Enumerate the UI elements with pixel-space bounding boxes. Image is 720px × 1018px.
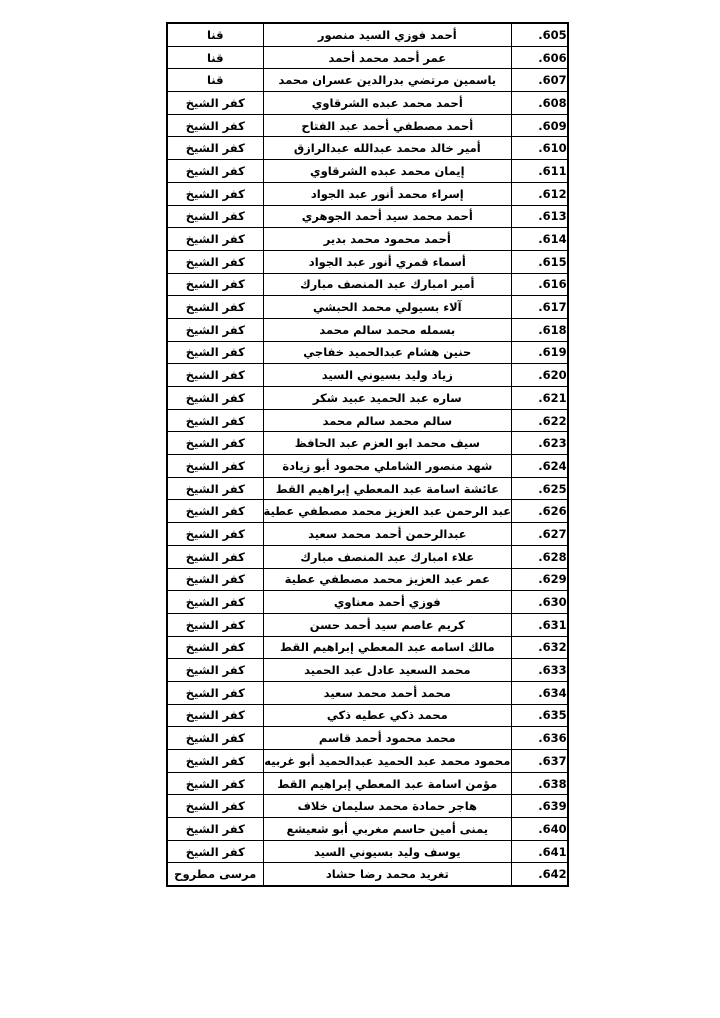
serial-number-cell: .613 bbox=[512, 205, 568, 228]
table-row: .615 أسماء قمري أنور عبد الجواد كفر الشي… bbox=[167, 250, 568, 273]
serial-number-cell: .617 bbox=[512, 296, 568, 319]
table-row: .614 أحمد محمود محمد بدير كفر الشيخ bbox=[167, 228, 568, 251]
table-row: .632 مالك اسامه عبد المعطي إبراهيم القط … bbox=[167, 636, 568, 659]
table-row: .638 مؤمن اسامة عبد المعطي إبراهيم القط … bbox=[167, 772, 568, 795]
serial-number-cell: .619 bbox=[512, 341, 568, 364]
serial-number-cell: .609 bbox=[512, 114, 568, 137]
governorate-cell: كفر الشيخ bbox=[167, 795, 263, 818]
table-row: .625 عائشة اسامة عبد المعطي إبراهيم القط… bbox=[167, 477, 568, 500]
serial-number-cell: .620 bbox=[512, 364, 568, 387]
person-name-cell: عمر أحمد محمد أحمد bbox=[263, 46, 512, 69]
governorate-cell: كفر الشيخ bbox=[167, 545, 263, 568]
serial-number-cell: .634 bbox=[512, 681, 568, 704]
serial-number-cell: .625 bbox=[512, 477, 568, 500]
person-name-cell: عبدالرحمن أحمد محمد سعيد bbox=[263, 523, 512, 546]
governorate-cell: كفر الشيخ bbox=[167, 500, 263, 523]
serial-number-cell: .628 bbox=[512, 545, 568, 568]
table-row: .605 أحمد فوزي السيد منصور قنا bbox=[167, 23, 568, 46]
governorate-cell: كفر الشيخ bbox=[167, 160, 263, 183]
serial-number-cell: .642 bbox=[512, 863, 568, 886]
person-name-cell: أحمد محمود محمد بدير bbox=[263, 228, 512, 251]
governorate-cell: كفر الشيخ bbox=[167, 318, 263, 341]
table-row: .613 أحمد محمد سيد أحمد الجوهري كفر الشي… bbox=[167, 205, 568, 228]
table-row: .631 كريم عاصم سيد أحمد حسن كفر الشيخ bbox=[167, 613, 568, 636]
governorate-cell: كفر الشيخ bbox=[167, 727, 263, 750]
serial-number-cell: .640 bbox=[512, 818, 568, 841]
person-name-cell: أحمد محمد سيد أحمد الجوهري bbox=[263, 205, 512, 228]
person-name-cell: هاجر حمادة محمد سليمان خلاف bbox=[263, 795, 512, 818]
person-name-cell: مالك اسامه عبد المعطي إبراهيم القط bbox=[263, 636, 512, 659]
serial-number-cell: .639 bbox=[512, 795, 568, 818]
person-name-cell: يوسف وليد بسيوني السيد bbox=[263, 840, 512, 863]
table-row: .609 أحمد مصطفي أحمد عبد الفتاح كفر الشي… bbox=[167, 114, 568, 137]
table-row: .611 إيمان محمد عبده الشرقاوي كفر الشيخ bbox=[167, 160, 568, 183]
governorate-cell: كفر الشيخ bbox=[167, 704, 263, 727]
table-row: .621 ساره عبد الحميد عبيد شكر كفر الشيخ bbox=[167, 387, 568, 410]
person-name-cell: ياسمين مرتضي بدرالدين عسران محمد bbox=[263, 69, 512, 92]
governorate-cell: كفر الشيخ bbox=[167, 296, 263, 319]
serial-number-cell: .633 bbox=[512, 659, 568, 682]
person-name-cell: سيف محمد ابو العزم عبد الحافظ bbox=[263, 432, 512, 455]
table-row: .606 عمر أحمد محمد أحمد قنا bbox=[167, 46, 568, 69]
governorate-cell: كفر الشيخ bbox=[167, 432, 263, 455]
serial-number-cell: .616 bbox=[512, 273, 568, 296]
governorate-cell: كفر الشيخ bbox=[167, 568, 263, 591]
person-name-cell: إسراء محمد أنور عبد الجواد bbox=[263, 182, 512, 205]
governorate-cell: كفر الشيخ bbox=[167, 137, 263, 160]
governorate-cell: كفر الشيخ bbox=[167, 341, 263, 364]
serial-number-cell: .638 bbox=[512, 772, 568, 795]
person-name-cell: حنين هشام عبدالحميد خفاجي bbox=[263, 341, 512, 364]
governorate-cell: كفر الشيخ bbox=[167, 205, 263, 228]
serial-number-cell: .641 bbox=[512, 840, 568, 863]
table-row: .640 يمنى أمين حاسم مغربي أبو شعيشع كفر … bbox=[167, 818, 568, 841]
serial-number-cell: .629 bbox=[512, 568, 568, 591]
serial-number-cell: .621 bbox=[512, 387, 568, 410]
serial-number-cell: .624 bbox=[512, 455, 568, 478]
serial-number-cell: .615 bbox=[512, 250, 568, 273]
table-row: .634 محمد أحمد محمد سعيد كفر الشيخ bbox=[167, 681, 568, 704]
person-name-cell: محمود محمد عبد الحميد عبدالحميد أبو غربي… bbox=[263, 750, 512, 773]
serial-number-cell: .608 bbox=[512, 92, 568, 115]
person-name-cell: سالم محمد سالم محمد bbox=[263, 409, 512, 432]
governorate-cell: كفر الشيخ bbox=[167, 772, 263, 795]
document-page: .605 أحمد فوزي السيد منصور قنا .606 عمر … bbox=[0, 0, 720, 1018]
serial-number-cell: .637 bbox=[512, 750, 568, 773]
governorate-cell: مرسى مطروح bbox=[167, 863, 263, 886]
person-name-cell: أحمد مصطفي أحمد عبد الفتاح bbox=[263, 114, 512, 137]
serial-number-cell: .623 bbox=[512, 432, 568, 455]
serial-number-cell: .610 bbox=[512, 137, 568, 160]
table-row: .617 آلاء بسيولي محمد الحبشي كفر الشيخ bbox=[167, 296, 568, 319]
governorate-cell: كفر الشيخ bbox=[167, 840, 263, 863]
serial-number-cell: .618 bbox=[512, 318, 568, 341]
governorate-cell: كفر الشيخ bbox=[167, 636, 263, 659]
serial-number-cell: .612 bbox=[512, 182, 568, 205]
person-name-cell: كريم عاصم سيد أحمد حسن bbox=[263, 613, 512, 636]
serial-number-cell: .611 bbox=[512, 160, 568, 183]
person-name-cell: محمد أحمد محمد سعيد bbox=[263, 681, 512, 704]
table-row: .633 محمد السعيد عادل عبد الحميد كفر الش… bbox=[167, 659, 568, 682]
serial-number-cell: .632 bbox=[512, 636, 568, 659]
governorate-cell: كفر الشيخ bbox=[167, 387, 263, 410]
table-row: .642 تغريد محمد رضا حشاد مرسى مطروح bbox=[167, 863, 568, 886]
person-name-cell: أحمد محمد عبده الشرقاوي bbox=[263, 92, 512, 115]
serial-number-cell: .607 bbox=[512, 69, 568, 92]
governorate-cell: كفر الشيخ bbox=[167, 818, 263, 841]
table-row: .627 عبدالرحمن أحمد محمد سعيد كفر الشيخ bbox=[167, 523, 568, 546]
serial-number-cell: .630 bbox=[512, 591, 568, 614]
serial-number-cell: .626 bbox=[512, 500, 568, 523]
table-row: .610 أمير خالد محمد عبدالله عبدالرازق كف… bbox=[167, 137, 568, 160]
table-row: .618 بسمله محمد سالم محمد كفر الشيخ bbox=[167, 318, 568, 341]
serial-number-cell: .614 bbox=[512, 228, 568, 251]
table-row: .639 هاجر حمادة محمد سليمان خلاف كفر الش… bbox=[167, 795, 568, 818]
table-row: .626 عبد الرحمن عبد العزيز محمد مصطفي عط… bbox=[167, 500, 568, 523]
governorate-cell: كفر الشيخ bbox=[167, 659, 263, 682]
person-name-cell: محمد السعيد عادل عبد الحميد bbox=[263, 659, 512, 682]
serial-number-cell: .631 bbox=[512, 613, 568, 636]
person-name-cell: يمنى أمين حاسم مغربي أبو شعيشع bbox=[263, 818, 512, 841]
governorate-cell: كفر الشيخ bbox=[167, 523, 263, 546]
table-row: .630 فوزي أحمد معناوي كفر الشيخ bbox=[167, 591, 568, 614]
governorate-cell: كفر الشيخ bbox=[167, 477, 263, 500]
governorate-cell: قنا bbox=[167, 46, 263, 69]
governorate-cell: قنا bbox=[167, 69, 263, 92]
governorate-cell: كفر الشيخ bbox=[167, 182, 263, 205]
governorate-cell: كفر الشيخ bbox=[167, 92, 263, 115]
serial-number-cell: .635 bbox=[512, 704, 568, 727]
governorate-cell: كفر الشيخ bbox=[167, 364, 263, 387]
table-row: .624 شهد منصور الشاملي محمود أبو زيادة ك… bbox=[167, 455, 568, 478]
governorate-cell: كفر الشيخ bbox=[167, 681, 263, 704]
person-name-cell: محمد محمود أحمد قاسم bbox=[263, 727, 512, 750]
person-name-cell: إيمان محمد عبده الشرقاوي bbox=[263, 160, 512, 183]
person-name-cell: أمير امبارك عبد المنصف مبارك bbox=[263, 273, 512, 296]
governorate-cell: كفر الشيخ bbox=[167, 591, 263, 614]
table-body: .605 أحمد فوزي السيد منصور قنا .606 عمر … bbox=[167, 23, 568, 886]
table-row: .635 محمد ذكي عطيه ذكي كفر الشيخ bbox=[167, 704, 568, 727]
serial-number-cell: .606 bbox=[512, 46, 568, 69]
table-row: .607 ياسمين مرتضي بدرالدين عسران محمد قن… bbox=[167, 69, 568, 92]
serial-number-cell: .605 bbox=[512, 23, 568, 46]
table-row: .620 زياد وليد بسيوني السيد كفر الشيخ bbox=[167, 364, 568, 387]
person-name-cell: زياد وليد بسيوني السيد bbox=[263, 364, 512, 387]
person-name-cell: شهد منصور الشاملي محمود أبو زيادة bbox=[263, 455, 512, 478]
table-row: .622 سالم محمد سالم محمد كفر الشيخ bbox=[167, 409, 568, 432]
serial-number-cell: .636 bbox=[512, 727, 568, 750]
person-name-cell: تغريد محمد رضا حشاد bbox=[263, 863, 512, 886]
table-row: .629 عمر عبد العزيز محمد مصطفي عطية كفر … bbox=[167, 568, 568, 591]
governorate-cell: قنا bbox=[167, 23, 263, 46]
serial-number-cell: .622 bbox=[512, 409, 568, 432]
person-name-cell: محمد ذكي عطيه ذكي bbox=[263, 704, 512, 727]
table-row: .628 علاء امبارك عبد المنصف مبارك كفر ال… bbox=[167, 545, 568, 568]
names-roster-table: .605 أحمد فوزي السيد منصور قنا .606 عمر … bbox=[166, 22, 569, 887]
governorate-cell: كفر الشيخ bbox=[167, 273, 263, 296]
table-row: .641 يوسف وليد بسيوني السيد كفر الشيخ bbox=[167, 840, 568, 863]
governorate-cell: كفر الشيخ bbox=[167, 750, 263, 773]
person-name-cell: عائشة اسامة عبد المعطي إبراهيم القط bbox=[263, 477, 512, 500]
table-row: .623 سيف محمد ابو العزم عبد الحافظ كفر ا… bbox=[167, 432, 568, 455]
table-row: .637 محمود محمد عبد الحميد عبدالحميد أبو… bbox=[167, 750, 568, 773]
governorate-cell: كفر الشيخ bbox=[167, 455, 263, 478]
table-row: .619 حنين هشام عبدالحميد خفاجي كفر الشيخ bbox=[167, 341, 568, 364]
person-name-cell: أمير خالد محمد عبدالله عبدالرازق bbox=[263, 137, 512, 160]
table-row: .636 محمد محمود أحمد قاسم كفر الشيخ bbox=[167, 727, 568, 750]
person-name-cell: أسماء قمري أنور عبد الجواد bbox=[263, 250, 512, 273]
person-name-cell: عبد الرحمن عبد العزيز محمد مصطفي عطية bbox=[263, 500, 512, 523]
governorate-cell: كفر الشيخ bbox=[167, 409, 263, 432]
person-name-cell: مؤمن اسامة عبد المعطي إبراهيم القط bbox=[263, 772, 512, 795]
table-row: .612 إسراء محمد أنور عبد الجواد كفر الشي… bbox=[167, 182, 568, 205]
person-name-cell: آلاء بسيولي محمد الحبشي bbox=[263, 296, 512, 319]
person-name-cell: عمر عبد العزيز محمد مصطفي عطية bbox=[263, 568, 512, 591]
person-name-cell: ساره عبد الحميد عبيد شكر bbox=[263, 387, 512, 410]
governorate-cell: كفر الشيخ bbox=[167, 114, 263, 137]
table-row: .608 أحمد محمد عبده الشرقاوي كفر الشيخ bbox=[167, 92, 568, 115]
governorate-cell: كفر الشيخ bbox=[167, 613, 263, 636]
person-name-cell: أحمد فوزي السيد منصور bbox=[263, 23, 512, 46]
governorate-cell: كفر الشيخ bbox=[167, 250, 263, 273]
serial-number-cell: .627 bbox=[512, 523, 568, 546]
table-row: .616 أمير امبارك عبد المنصف مبارك كفر ال… bbox=[167, 273, 568, 296]
person-name-cell: بسمله محمد سالم محمد bbox=[263, 318, 512, 341]
person-name-cell: علاء امبارك عبد المنصف مبارك bbox=[263, 545, 512, 568]
person-name-cell: فوزي أحمد معناوي bbox=[263, 591, 512, 614]
governorate-cell: كفر الشيخ bbox=[167, 228, 263, 251]
